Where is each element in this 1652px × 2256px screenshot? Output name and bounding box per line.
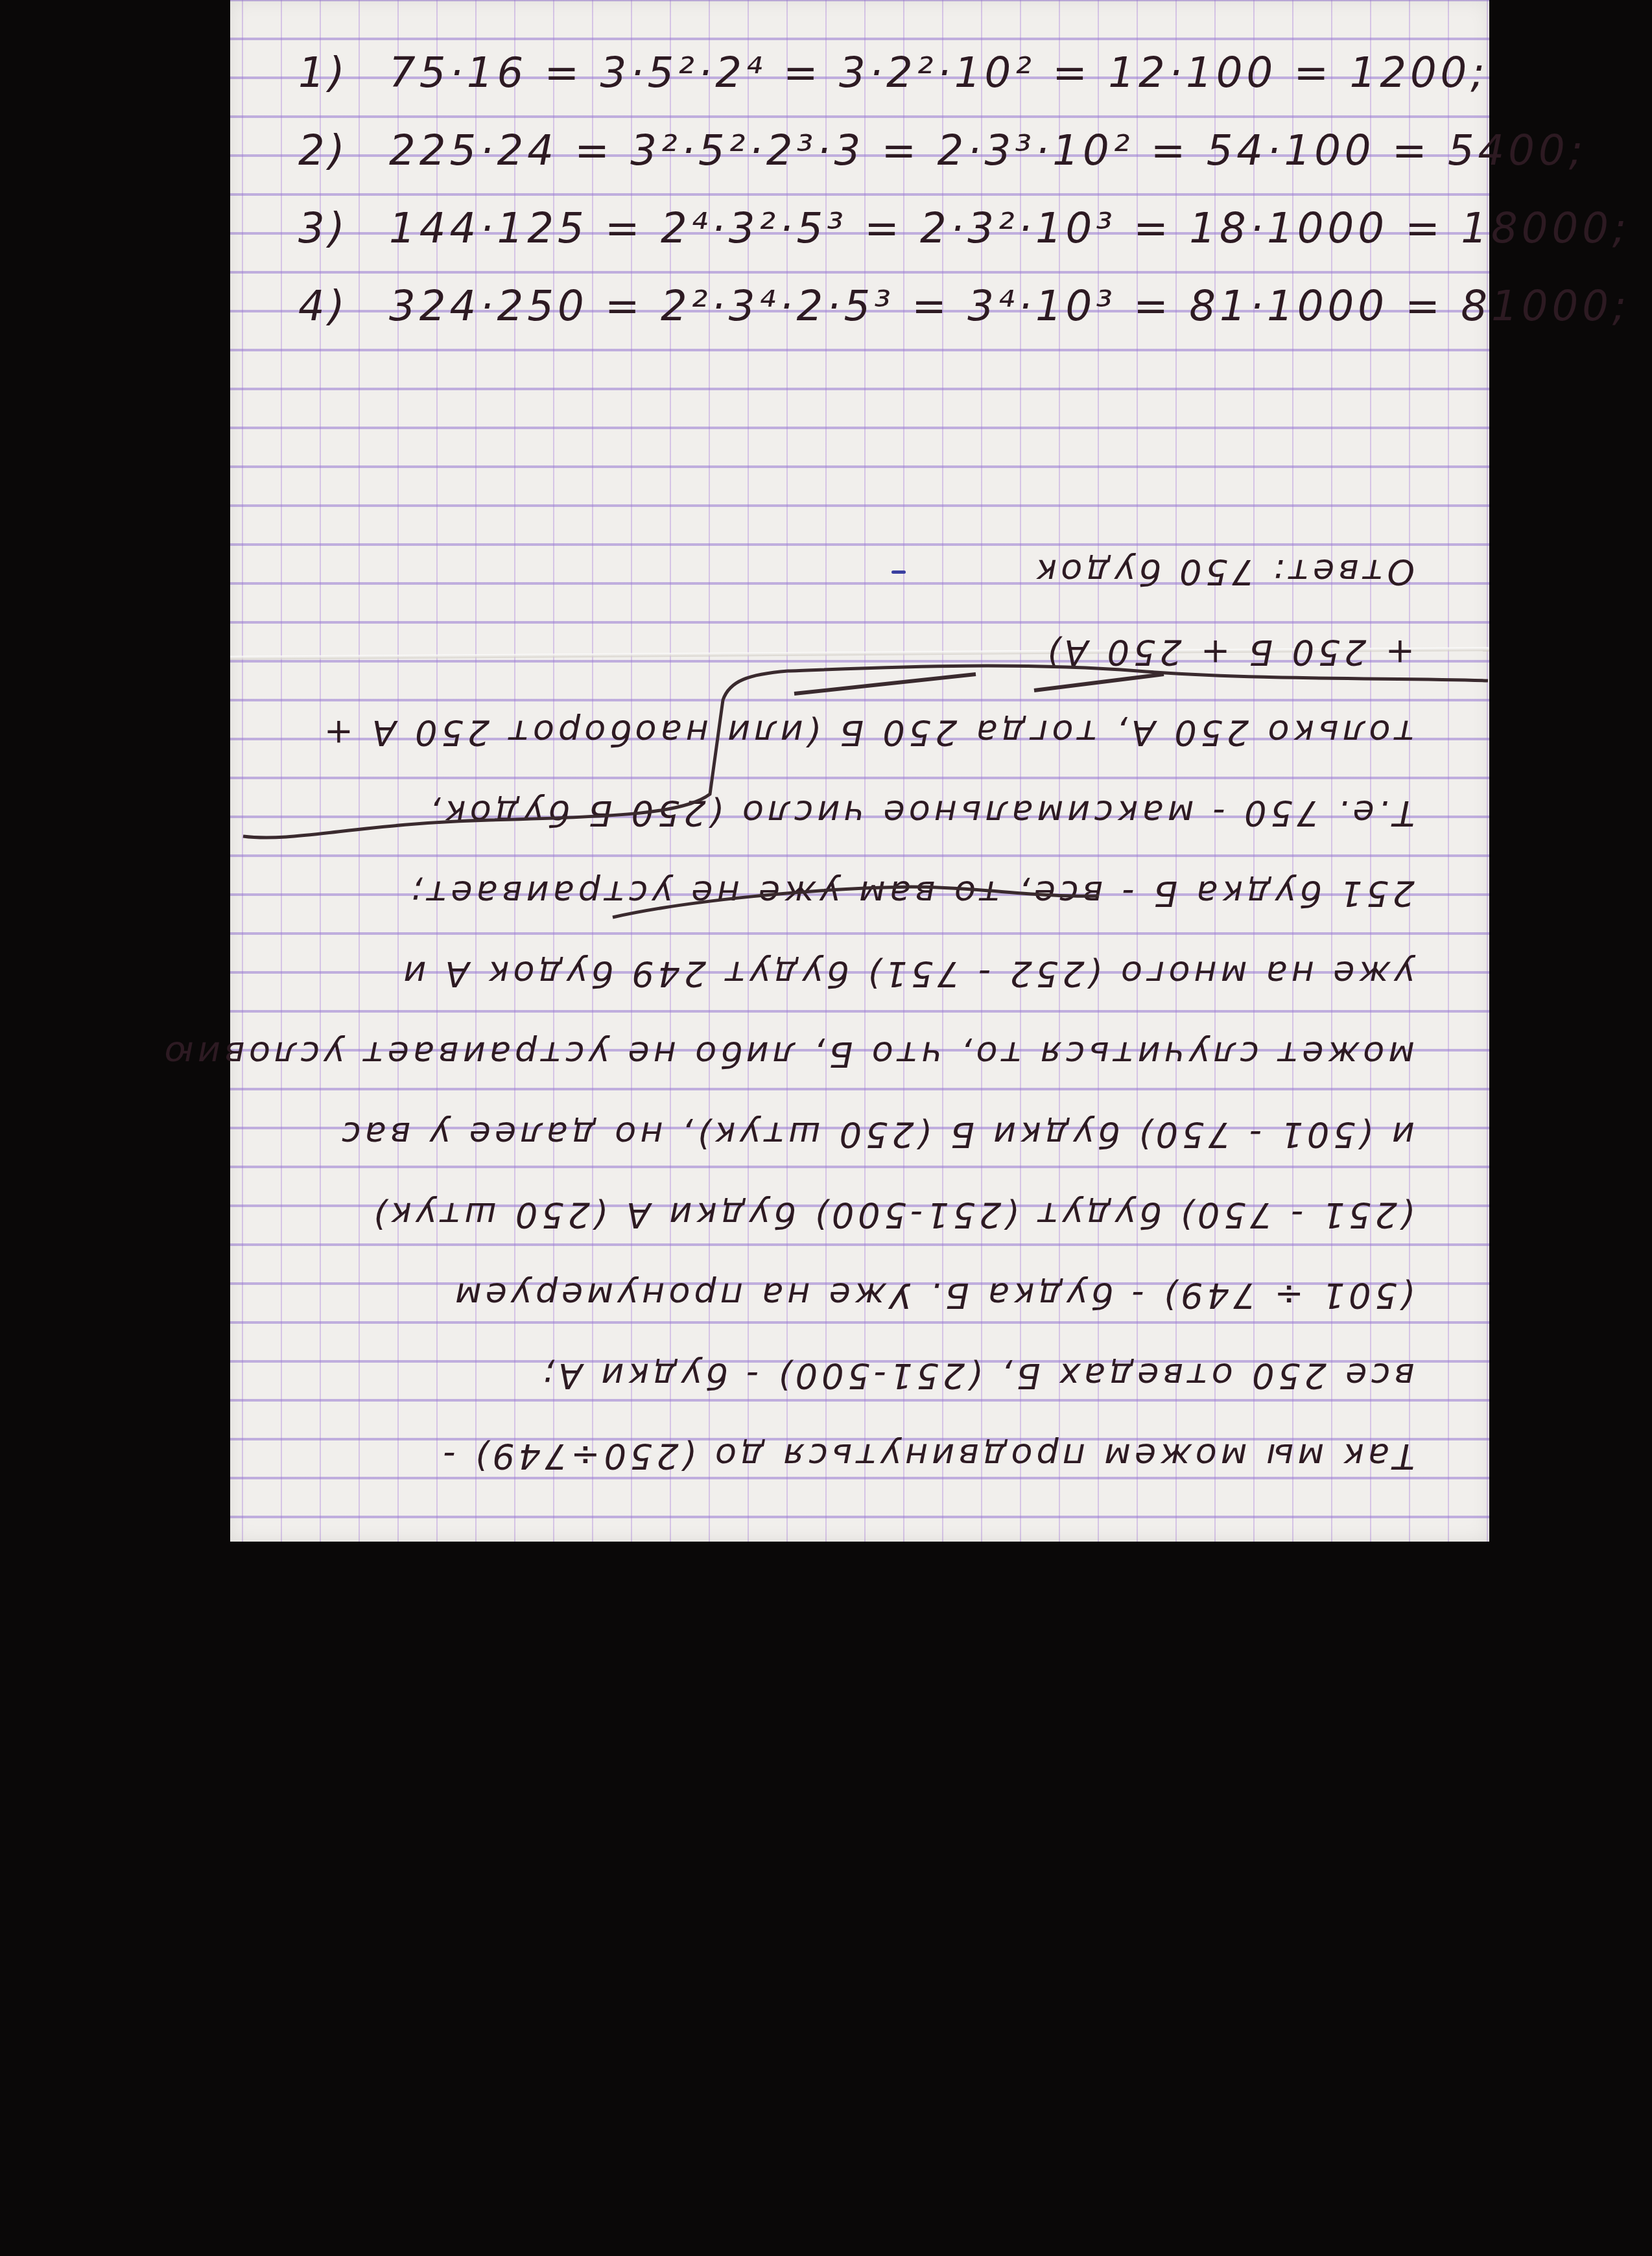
notebook-page: 1) 75·16 = 3·5²·2⁴ = 3·2²·10² = 12·100 =… bbox=[230, 0, 1489, 1542]
equation-expression: 225·24 = 3²·5²·2³·3 = 2·3³·10² = 54·100 … bbox=[389, 127, 1587, 175]
equation-number: 1) bbox=[298, 49, 389, 97]
equation-number: 4) bbox=[298, 283, 389, 331]
text-line: Так мы можем продвинуться до (250÷749) - bbox=[269, 1416, 1415, 1496]
answer-line: Ответ: 750 будок bbox=[269, 532, 1415, 612]
equation-4: 4) 324·250 = 2²·3⁴·2·5³ = 3⁴·10³ = 81·10… bbox=[298, 253, 1630, 331]
equation-expression: 75·16 = 3·5²·2⁴ = 3·2²·10² = 12·100 = 12… bbox=[389, 49, 1489, 97]
equation-number: 2) bbox=[298, 127, 389, 175]
text-line: все 250 отведах Б, (251-500) - будки А; bbox=[269, 1335, 1415, 1416]
equations-block: 1) 75·16 = 3·5²·2⁴ = 3·2²·10² = 12·100 =… bbox=[298, 19, 1630, 331]
equation-1: 1) 75·16 = 3·5²·2⁴ = 3·2²·10² = 12·100 =… bbox=[298, 19, 1630, 97]
text-line: может случиться то, что Б, либо не устра… bbox=[269, 1014, 1415, 1094]
equation-3: 3) 144·125 = 2⁴·3²·5³ = 2·3²·10³ = 18·10… bbox=[298, 175, 1630, 253]
equation-number: 3) bbox=[298, 205, 389, 253]
text-line: и (501 - 750) будки Б (250 штук), но дал… bbox=[269, 1094, 1415, 1175]
text-line: (251 - 750) будут (251-500) будки А (250… bbox=[269, 1175, 1415, 1255]
equation-expression: 324·250 = 2²·3⁴·2·5³ = 3⁴·10³ = 81·1000 … bbox=[389, 283, 1630, 331]
hand-drawn-underline bbox=[230, 882, 1489, 921]
equation-expression: 144·125 = 2⁴·3²·5³ = 2·3²·10³ = 18·1000 … bbox=[389, 205, 1630, 253]
equation-2: 2) 225·24 = 3²·5²·2³·3 = 2·3³·10² = 54·1… bbox=[298, 97, 1630, 175]
text-line: уже на много (252 - 751) будут 249 будок… bbox=[269, 934, 1415, 1014]
hand-drawn-answer-bracket bbox=[230, 661, 1489, 882]
text-line: (501 ÷ 749) - будка Б. Уже на пронумеруе… bbox=[269, 1255, 1415, 1335]
